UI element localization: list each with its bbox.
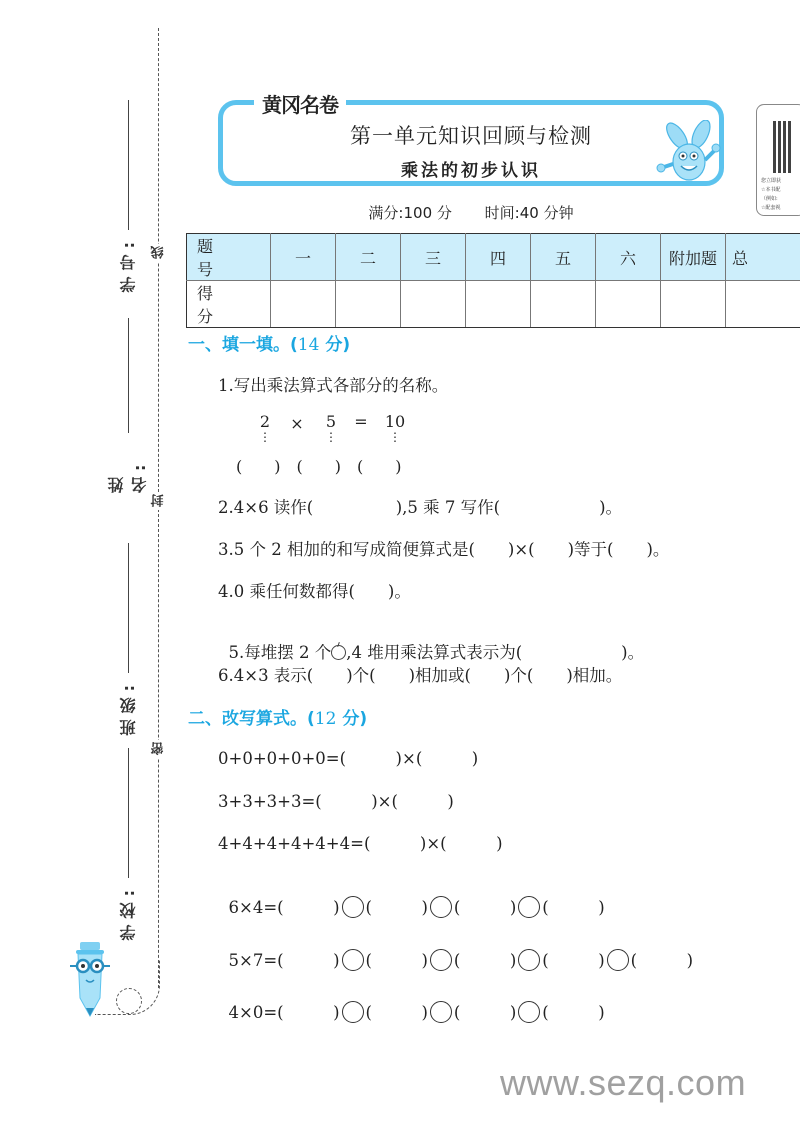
qr-code-icon[interactable] [773,121,791,173]
binding-dashed-loop [116,988,142,1014]
school-line[interactable] [128,748,129,878]
section-title-text: 一、填一填。( [188,335,298,355]
class-label: 班级: [117,679,140,735]
equation-equals: = [346,412,376,431]
question-5[interactable]: 5.每堆摆 2 个,4 堆用乘法算式表示为( )。 [218,620,644,663]
student-name-field[interactable]: 姓名: [110,318,146,493]
class-line[interactable] [128,543,129,673]
apple-icon [331,645,346,660]
seal-word-secret: 密 [150,740,168,758]
answer-blank[interactable]: ) [460,898,516,917]
student-name-label: 姓名: [105,439,151,493]
operator-circle[interactable] [430,1001,452,1023]
answer-blank[interactable]: ) [284,898,340,917]
section-title-end: 分) [319,335,350,355]
answer-blank[interactable]: ) [284,1003,340,1022]
answer-blank[interactable]: ) [549,951,605,970]
answer-blank[interactable]: ) [460,951,516,970]
table-cell: 附加题 [661,234,726,281]
score-input-cell[interactable] [271,281,336,328]
table-cell: 六 [596,234,661,281]
score-input-cell[interactable] [401,281,466,328]
school-field[interactable]: 学校: [110,740,146,940]
seal-word-line: 线 [150,244,168,262]
student-number-line[interactable] [128,100,129,230]
page-title: 第一单元知识回顾与检测 [218,120,724,150]
question-5-text-a: 5.每堆摆 2 个 [229,643,332,662]
time-limit: 时间:40 分钟 [485,204,574,222]
school-label: 学校: [117,884,140,940]
answer-blank[interactable]: ) [284,951,340,970]
score-input-cell[interactable] [726,281,800,328]
score-input-cell[interactable] [531,281,596,328]
rabbit-mascot-icon [655,120,723,186]
equation-product: 10 [380,412,410,431]
table-cell: 二 [336,234,401,281]
brand-name: 黄冈名卷 [262,89,338,118]
question-2[interactable]: 2.4×6 读作( ),5 乘 7 写作( )。 [218,494,622,518]
answer-blank[interactable]: ) [372,1003,428,1022]
operator-circle[interactable] [518,1001,540,1023]
answer-blank[interactable]: ) [460,1003,516,1022]
circle-row-5x7[interactable]: 5×7=( )( )( )( )( ) [218,928,693,971]
qr-note: （例如: [761,195,778,202]
row-prefix: 5×7=( [229,951,284,970]
operator-circle[interactable] [518,896,540,918]
operator-circle[interactable] [342,896,364,918]
circle-row-6x4[interactable]: 6×4=( )( )( )( ) [218,875,605,918]
section-points: 12 [315,709,337,729]
class-field[interactable]: 班级: [110,535,146,735]
pencil-mascot-icon [66,940,114,1020]
section-title-text: 二、改写算式。( [188,709,315,729]
table-cell: 四 [466,234,531,281]
question-6[interactable]: 6.4×3 表示( )个( )相加或( )个( )相加。 [218,662,622,686]
operator-circle[interactable] [430,896,452,918]
dotted-connector: ⋮ [250,434,280,440]
rewrite-row-3[interactable]: 4+4+4+4+4+4=( )×( ) [218,830,503,854]
section-points: 14 [298,335,320,355]
equation-name-blanks[interactable]: ( ) ( ) ( ) [236,454,401,477]
table-cell: 一 [271,234,336,281]
equation-times: × [282,414,312,433]
section-2-title: 二、改写算式。(12 分) [188,704,367,729]
answer-blank[interactable]: ) [637,951,693,970]
page-subtitle: 乘法的初步认识 [218,156,724,181]
brand-logo: 黄冈名卷 [254,90,346,116]
dotted-connector: ⋮ [316,434,346,440]
student-number-field[interactable]: 学号: [110,100,146,292]
qr-code-card[interactable]: 您立即获 ☆本书配 （例如: ☆配套视 [756,104,800,216]
operator-circle[interactable] [342,1001,364,1023]
rewrite-row-1[interactable]: 0+0+0+0+0=( )×( ) [218,745,478,769]
answer-blank[interactable]: ) [372,898,428,917]
score-input-cell[interactable] [336,281,401,328]
table-header-row: 题 号 一 二 三 四 五 六 附加题 总 分 [187,234,800,281]
exam-meta: 满分:100 分 时间:40 分钟 [218,202,724,223]
score-input-cell[interactable] [661,281,726,328]
question-1: 1.写出乘法算式各部分的名称。 [218,372,448,396]
table-cell: 得 分 [187,281,271,328]
answer-blank[interactable]: ) [549,898,605,917]
operator-circle[interactable] [430,949,452,971]
equation-factor-1: 2 [250,412,280,431]
qr-note: ☆配套视 [761,204,780,211]
table-cell: 题 号 [187,234,271,281]
score-input-cell[interactable] [596,281,661,328]
question-4[interactable]: 4.0 乘任何数都得( )。 [218,578,411,602]
qr-note: ☆本书配 [761,186,780,193]
student-name-line[interactable] [128,318,129,433]
table-cell: 三 [401,234,466,281]
watermark: www.sezq.com [500,1062,746,1104]
full-score: 满分:100 分 [368,204,451,222]
table-cell: 五 [531,234,596,281]
qr-note: 您立即获 [761,177,781,184]
student-number-label: 学号: [117,236,140,292]
answer-blank[interactable]: ) [549,1003,605,1022]
question-5-text-b: ,4 堆用乘法算式表示为( )。 [346,643,644,662]
section-title-end: 分) [336,709,367,729]
score-input-cell[interactable] [466,281,531,328]
seal-word-seal: 封 [150,492,168,510]
operator-circle[interactable] [607,949,629,971]
question-3[interactable]: 3.5 个 2 相加的和写成简便算式是( )×( )等于( )。 [218,536,669,560]
operator-circle[interactable] [518,949,540,971]
answer-blank[interactable]: ) [372,951,428,970]
row-prefix: 6×4=( [229,898,284,917]
dotted-connector: ⋮ [380,434,410,440]
operator-circle[interactable] [342,949,364,971]
circle-row-4x0[interactable]: 4×0=( )( )( )( ) [218,980,605,1023]
rewrite-row-2[interactable]: 3+3+3+3=( )×( ) [218,788,454,812]
equation-factor-2: 5 [316,412,346,431]
row-prefix: 4×0=( [229,1003,284,1022]
section-1-title: 一、填一填。(14 分) [188,330,350,355]
score-table: 题 号 一 二 三 四 五 六 附加题 总 分 得 分 [186,233,800,328]
table-cell: 总 分 [726,234,800,281]
table-score-row: 得 分 [187,281,800,328]
